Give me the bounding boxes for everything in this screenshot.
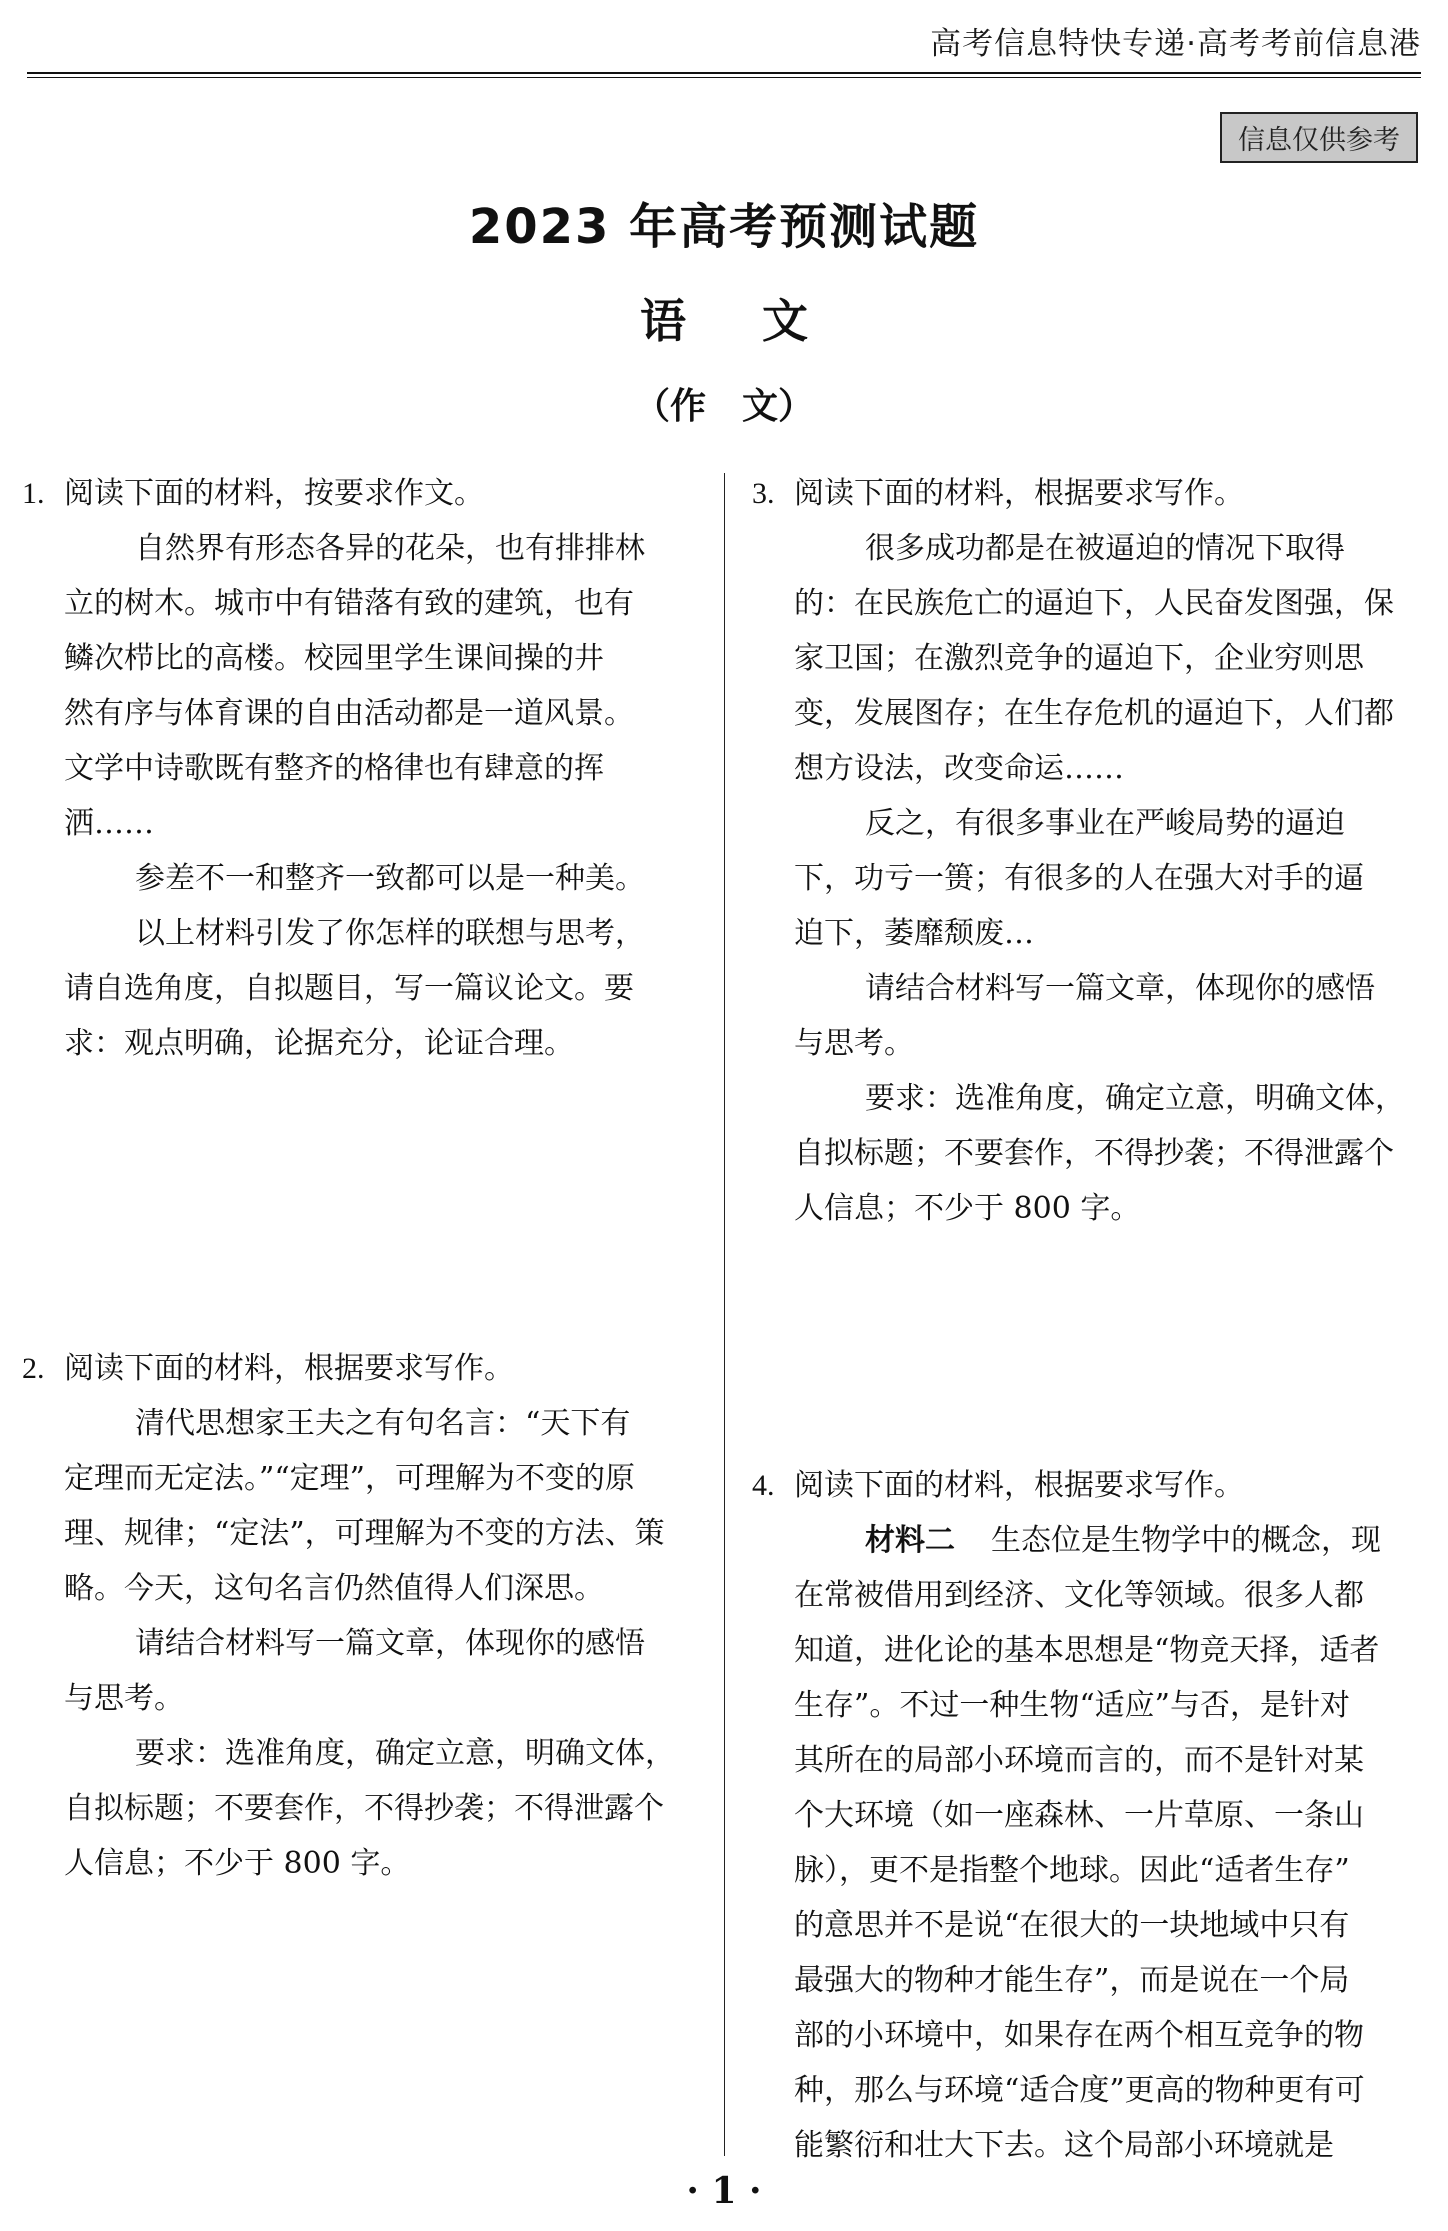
paragraph-line: 要求：选准角度，确定立意，明确文体， bbox=[865, 1071, 1405, 1126]
section-subtitle: （作 文） bbox=[0, 378, 1448, 429]
question-number: 4. bbox=[752, 1458, 794, 1513]
question-heading: 4.阅读下面的材料，根据要求写作。 bbox=[752, 1458, 1244, 1513]
header-rule-thick bbox=[27, 72, 1421, 74]
subject-char-1: 语 bbox=[640, 285, 686, 351]
paragraph-line: 迫下，萎靡颓废… bbox=[794, 906, 1034, 961]
paragraph-line: 自然界有形态各异的花朵，也有排排林 bbox=[135, 521, 645, 576]
paragraph-line: 与思考。 bbox=[64, 1671, 184, 1726]
paragraph-line: 鳞次栉比的高楼。校园里学生课间操的井 bbox=[64, 631, 604, 686]
paragraph-line: 部的小环境中，如果存在两个相互竞争的物 bbox=[794, 2008, 1364, 2063]
paragraph-line: 材料二生态位是生物学中的概念，现 bbox=[865, 1513, 1381, 1568]
page-number: · 1 · bbox=[0, 2170, 1448, 2212]
running-title: 高考信息特快专递·高考考前信息港 bbox=[930, 18, 1421, 63]
paragraph-line: 立的树木。城市中有错落有致的建筑，也有 bbox=[64, 576, 634, 631]
question-heading: 3.阅读下面的材料，根据要求写作。 bbox=[752, 466, 1244, 521]
column-divider bbox=[724, 473, 725, 2156]
paragraph-line: 文学中诗歌既有整齐的格律也有肆意的挥 bbox=[64, 741, 604, 796]
paragraph-line: 自拟标题；不要套作，不得抄袭；不得泄露个 bbox=[794, 1126, 1394, 1181]
question-number: 2. bbox=[22, 1341, 64, 1396]
paragraph-line: 个大环境（如一座森林、一片草原、一条山 bbox=[794, 1788, 1364, 1843]
question-number: 1. bbox=[22, 466, 64, 521]
paragraph-line: 请结合材料写一篇文章，体现你的感悟 bbox=[865, 961, 1375, 1016]
paragraph-line: 脉），更不是指整个地球。因此“适者生存” bbox=[794, 1843, 1350, 1898]
question-prompt: 阅读下面的材料，根据要求写作。 bbox=[794, 1468, 1244, 1503]
question-heading: 1.阅读下面的材料，按要求作文。 bbox=[22, 466, 484, 521]
paragraph-line: 在常被借用到经济、文化等领域。很多人都 bbox=[794, 1568, 1364, 1623]
paragraph-line: 要求：选准角度，确定立意，明确文体， bbox=[135, 1726, 675, 1781]
paragraph-line: 很多成功都是在被逼迫的情况下取得 bbox=[865, 521, 1345, 576]
paragraph-line: 洒…… bbox=[64, 796, 154, 851]
paragraph-line: 人信息；不少于 800 字。 bbox=[64, 1836, 410, 1891]
paragraph-line: 最强大的物种才能生存”，而是说在一个局 bbox=[794, 1953, 1349, 2008]
paragraph-line: 变，发展图存；在生存危机的逼迫下，人们都 bbox=[794, 686, 1394, 741]
question-number: 3. bbox=[752, 466, 794, 521]
material-text: 生态位是生物学中的概念，现 bbox=[991, 1523, 1381, 1558]
paragraph-line: 理、规律；“定法”，可理解为不变的方法、策 bbox=[64, 1506, 665, 1561]
paragraph-line: 能繁衍和壮大下去。这个局部小环境就是 bbox=[794, 2118, 1334, 2173]
paragraph-line: 定理而无定法。”“定理”，可理解为不变的原 bbox=[64, 1451, 635, 1506]
paragraph-line: 略。今天，这句名言仍然值得人们深思。 bbox=[64, 1561, 604, 1616]
paragraph-line: 下，功亏一篑；有很多的人在强大对手的逼 bbox=[794, 851, 1364, 906]
paragraph-line: 求：观点明确，论据充分，论证合理。 bbox=[64, 1016, 574, 1071]
subject-char-2: 文 bbox=[762, 285, 808, 351]
paragraph-line: 知道，进化论的基本思想是“物竞天择，适者 bbox=[794, 1623, 1379, 1678]
info-reference-badge: 信息仅供参考 bbox=[1220, 112, 1418, 163]
paragraph-line: 的意思并不是说“在很大的一块地域中只有 bbox=[794, 1898, 1349, 1953]
paragraph-line: 其所在的局部小环境而言的，而不是针对某 bbox=[794, 1733, 1364, 1788]
paragraph-line: 自拟标题；不要套作，不得抄袭；不得泄露个 bbox=[64, 1781, 664, 1836]
paragraph-line: 参差不一和整齐一致都可以是一种美。 bbox=[135, 851, 645, 906]
paragraph-line: 的：在民族危亡的逼迫下，人民奋发图强，保 bbox=[794, 576, 1394, 631]
paragraph-line: 反之，有很多事业在严峻局势的逼迫 bbox=[865, 796, 1345, 851]
paragraph-line: 生存”。不过一种生物“适应”与否，是针对 bbox=[794, 1678, 1350, 1733]
paragraph-line: 人信息；不少于 800 字。 bbox=[794, 1181, 1140, 1236]
paragraph-line: 以上材料引发了你怎样的联想与思考， bbox=[135, 906, 645, 961]
question-prompt: 阅读下面的材料，根据要求写作。 bbox=[794, 476, 1244, 511]
paragraph-line: 清代思想家王夫之有句名言：“天下有 bbox=[135, 1396, 630, 1451]
header-rule-thin bbox=[27, 77, 1421, 78]
question-heading: 2.阅读下面的材料，根据要求写作。 bbox=[22, 1341, 514, 1396]
subject-title: 语文 bbox=[0, 285, 1448, 351]
question-prompt: 阅读下面的材料，按要求作文。 bbox=[64, 476, 484, 511]
page-title: 2023 年高考预测试题 bbox=[0, 188, 1448, 257]
paragraph-line: 家卫国；在激烈竞争的逼迫下，企业穷则思 bbox=[794, 631, 1364, 686]
paragraph-line: 请结合材料写一篇文章，体现你的感悟 bbox=[135, 1616, 645, 1671]
paragraph-line: 种，那么与环境“适合度”更高的物种更有可 bbox=[794, 2063, 1365, 2118]
paragraph-line: 与思考。 bbox=[794, 1016, 914, 1071]
material-label: 材料二 bbox=[865, 1523, 955, 1558]
paragraph-line: 想方设法，改变命运…… bbox=[794, 741, 1124, 796]
question-prompt: 阅读下面的材料，根据要求写作。 bbox=[64, 1351, 514, 1386]
paragraph-line: 请自选角度，自拟题目，写一篇议论文。要 bbox=[64, 961, 634, 1016]
paragraph-line: 然有序与体育课的自由活动都是一道风景。 bbox=[64, 686, 634, 741]
